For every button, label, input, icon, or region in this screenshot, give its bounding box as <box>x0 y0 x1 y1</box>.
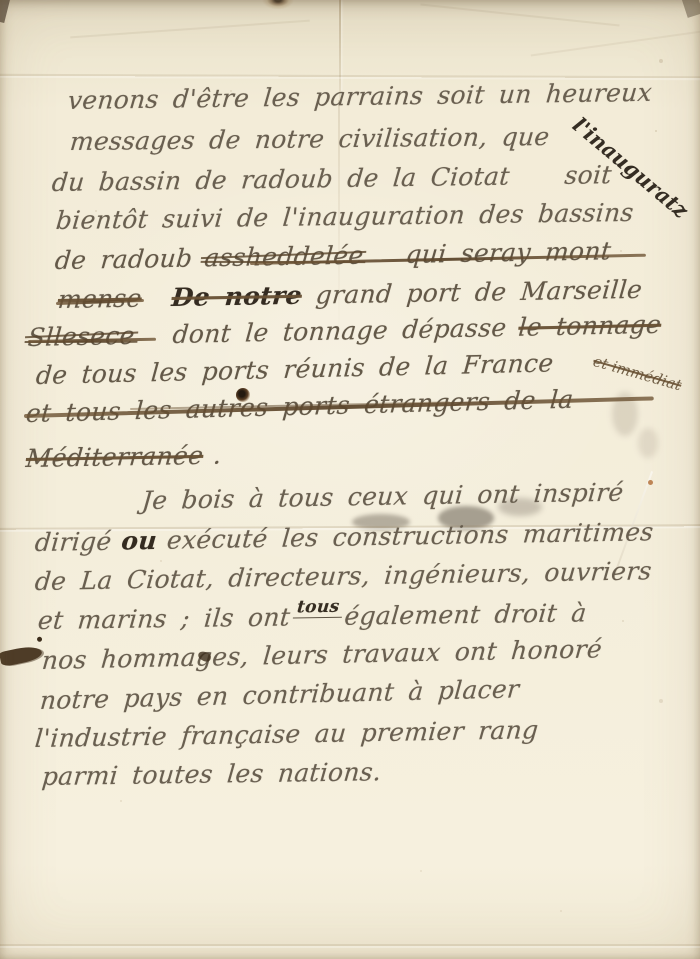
ink-blot <box>0 644 43 667</box>
handwriting-line: dirigéouexécuté les constructions mariti… <box>34 517 655 557</box>
wrinkle-crease <box>531 29 700 56</box>
paper-hole <box>236 388 250 402</box>
handwriting-line: parmi toutes les nations. <box>41 757 383 791</box>
handwriting-line: Méditerranée. <box>25 441 223 473</box>
handwriting-line: de La Ciotat, directeurs, ingénieurs, ou… <box>34 556 653 596</box>
wrinkle-crease <box>70 20 310 39</box>
rust-speck <box>648 480 653 485</box>
scan-corner-shadow-right <box>681 0 700 18</box>
text-segment: . <box>212 441 223 470</box>
handwriting-line: de tous les ports réunis de la France <box>35 348 555 390</box>
smudge-stain <box>638 428 658 458</box>
handwriting-line: notre pays en contribuant à placer <box>39 674 521 715</box>
text-segment: et marins ; ils ont <box>37 602 292 635</box>
inserted-word-above: tous <box>293 597 343 619</box>
text-segment: nos hommages, leurs travaux ont honoré <box>41 634 604 675</box>
text-segment: exécuté les constructions maritimes <box>166 517 655 555</box>
handwriting-line: et marins ; ils onttouségalement droit à <box>37 598 588 635</box>
handwriting-line: l'industrie française au premier rang <box>34 715 540 753</box>
text-segment: de La Ciotat, directeurs, ingénieurs, ou… <box>34 556 653 596</box>
text-segment: de radoub <box>54 244 194 275</box>
scribbled-out-word: Sllesece <box>27 321 136 352</box>
text-segment: du bassin de radoub de la Ciotat <box>51 162 511 197</box>
handwriting-line: nos hommages, leurs travaux ont honoré <box>41 634 604 675</box>
dark-ink-word: ou <box>120 526 158 556</box>
handwriting-line: venons d'être les parrains soit un heure… <box>67 78 654 115</box>
torn-notch <box>256 0 300 16</box>
handwriting-line: bientôt suivi de l'inauguration des bass… <box>55 198 635 235</box>
scan-corner-shadow-left <box>0 0 11 23</box>
handwriting-line: messages de notre civilisation, que <box>69 122 551 156</box>
horizontal-fold-crease-bottom <box>0 944 700 948</box>
struck-diagonal-text: et immédiat <box>591 352 684 394</box>
struck-dark-text: De notre <box>170 281 303 312</box>
text-segment: venons d'être les parrains soit un heure… <box>67 78 654 115</box>
handwriting-line: du bassin de radoub de la Ciotatsoit <box>51 160 613 197</box>
text-segment: parmi toutes les nations. <box>41 757 383 791</box>
text-segment: soit <box>563 160 613 190</box>
handwriting-line: Je bois à tous ceux qui ont inspiré <box>141 478 625 515</box>
text-segment: également droit à <box>343 598 588 630</box>
wrinkle-crease <box>420 4 619 27</box>
handwriting-line: Sllesecedont le tonnage dépassele tonnag… <box>27 310 663 352</box>
text-segment: l'industrie française au premier rang <box>34 715 540 753</box>
handwriting-line: menseDe notregrand port de Marseille <box>57 275 644 314</box>
text-segment: messages de notre civilisation, que <box>69 122 551 156</box>
text-segment: dont le tonnage dépasse <box>171 313 507 349</box>
text-segment: Je bois à tous ceux qui ont inspiré <box>141 478 625 515</box>
text-segment: dirigé <box>34 527 113 557</box>
manuscript-page: venons d'être les parrains soit un heure… <box>0 0 700 959</box>
text-segment: grand port de Marseille <box>315 275 644 310</box>
struck-text: Méditerranée <box>25 441 205 473</box>
struck-text: qui seray mont <box>404 236 612 269</box>
struck-text: le tonnage <box>517 310 662 342</box>
scribbled-out-word: assheddelée <box>203 241 365 273</box>
text-segment: bientôt suivi de l'inauguration des bass… <box>55 198 635 235</box>
text-segment: notre pays en contribuant à placer <box>39 674 521 715</box>
text-segment: de tous les ports réunis de la France <box>35 348 555 390</box>
